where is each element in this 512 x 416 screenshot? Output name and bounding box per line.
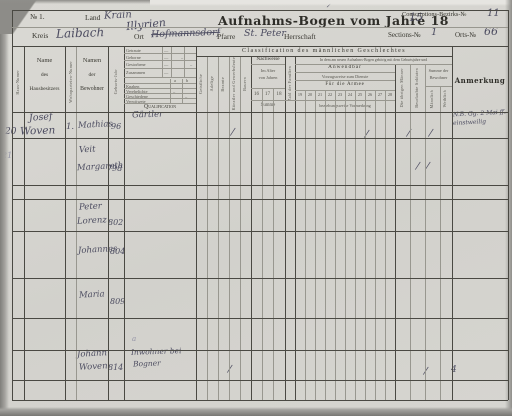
rotcol-familien: Zahl der Familien [286, 58, 295, 110]
rotcol-geistliche: Geistliche [197, 58, 206, 110]
quali-dash3: — [164, 62, 168, 67]
grid-line-vertical [12, 10, 13, 400]
scan-edge-bottom [0, 407, 512, 416]
rotcol-adelige-label: Adelige [210, 76, 215, 91]
hw-resident4-name: Peter [79, 202, 102, 212]
sections-label: Sections-№ [388, 32, 421, 39]
grid-line-horizontal [124, 60, 196, 61]
hw-resident7-year: 809 [110, 298, 125, 306]
grid-line-vertical [229, 56, 230, 400]
hw-party-number: 1. [66, 123, 74, 132]
grid-line-vertical [262, 88, 263, 400]
grid-line-horizontal [12, 350, 508, 351]
grid-line-vertical [196, 46, 197, 400]
hw-margin-house-no2: 21 [2, 152, 12, 160]
rotcol-maennlich: Männlich [426, 87, 439, 111]
armee-cell-25: 25 [355, 92, 365, 97]
grid-line-horizontal [124, 77, 196, 78]
hw-resident7-name: Maria [79, 290, 105, 300]
grid-line-vertical [162, 46, 163, 77]
quali-row4: Zusammen [126, 70, 145, 75]
grid-line-vertical [285, 56, 286, 400]
anmerkung-column-header: Anmerkung [452, 76, 508, 85]
grid-line-vertical [207, 56, 208, 400]
rotcol-beurlaubte-label: Beurlaubte Soldaten [415, 68, 420, 108]
grid-line-vertical [218, 56, 219, 400]
grid-line-horizontal [124, 98, 196, 99]
grid-line-horizontal [12, 10, 508, 11]
kreis-value-handwritten: Laibach [56, 26, 105, 40]
armee-cell-26: 26 [365, 92, 375, 97]
grid-line-horizontal [12, 46, 508, 47]
grid-line-vertical [24, 46, 25, 400]
grid-line-horizontal [425, 86, 452, 87]
hw-resident3-year: 798 [107, 165, 122, 173]
rotcol-familien-label: Zahl der Familien [288, 66, 293, 101]
grid-line-horizontal [12, 318, 508, 319]
grid-line-horizontal [124, 93, 196, 94]
grid-line-vertical [355, 90, 356, 400]
hw-resident1-year: 96 [111, 123, 121, 131]
grid-line-vertical [184, 46, 185, 77]
grid-line-horizontal [251, 100, 395, 101]
hw-remark-line2: einstweilig [453, 119, 486, 127]
nachweise-cell-18: 18 [273, 91, 285, 97]
armee-fuer-die-armee: Für die Armee [295, 82, 395, 87]
grid-line-horizontal [124, 68, 196, 69]
armee-cell-23: 23 [335, 92, 345, 97]
quali-mini-dash2: – [190, 62, 192, 67]
armee-cell-27: 27 [375, 92, 385, 97]
wohnparteien-column-header: Wohnparteien-Numer [66, 56, 76, 108]
rotcol-bauern-label: Bauern [243, 77, 248, 91]
owner-header-line1: Name [24, 58, 65, 65]
grid-line-horizontal [12, 400, 508, 401]
owner-header-line3: Hausbesitzers [24, 87, 65, 93]
armee-cell-24: 24 [345, 92, 355, 97]
grid-line-horizontal [12, 112, 508, 113]
bewohner-header-line2: der [76, 73, 108, 79]
grid-line-horizontal [295, 90, 395, 91]
hw-resident6-year: 804 [110, 248, 125, 256]
grid-line-vertical [171, 46, 172, 77]
armee-top-note: In dem am neuen Aufnahms-Bogen gehörig m… [296, 58, 451, 62]
hw-remark-line1: N.B. Gg. 2 Mai ff. [453, 110, 506, 119]
kreis-label: Kreis [32, 32, 48, 40]
owner-header-line2: des [24, 73, 65, 79]
grid-line-horizontal [12, 231, 508, 232]
scan-edge-left [0, 0, 9, 416]
grid-line-vertical [385, 90, 386, 400]
rotcol-adelige: Adelige [208, 58, 217, 110]
nachweise-label: Nachweise [251, 57, 285, 63]
ort-label: Ort [134, 33, 144, 41]
quali-row3: Gestorbene [126, 62, 146, 67]
grid-line-vertical [251, 56, 252, 400]
hw-owner2-class1: Inwohner bei [131, 347, 182, 356]
nachweise-cell-16: 16 [251, 91, 262, 97]
hw-small-mark: a [132, 336, 136, 343]
grid-line-vertical [76, 46, 77, 400]
armee-cell-28: 28 [385, 92, 395, 97]
sections-value-handwritten: 1 [431, 28, 437, 38]
rotcol-geistliche-label: Geistliche [199, 74, 204, 94]
grid-line-horizontal [251, 64, 285, 65]
scan-edge-top [0, 0, 180, 4]
quali-dash4: — [164, 70, 168, 75]
geburtsjahr-column-header: Geburts-Jahr [109, 56, 123, 108]
hw-resident2-name: Veit [79, 146, 96, 155]
scanned-census-form: № 1. Land Krain Illyrien Aufnahms-Bogen … [0, 0, 512, 416]
rotcol-uebrige-maenner: Die übrigen Männer [396, 66, 409, 110]
grid-line-horizontal [12, 380, 508, 381]
armee-cell-22: 22 [325, 92, 335, 97]
grid-line-vertical [240, 56, 241, 400]
grid-line-vertical [335, 90, 336, 400]
grid-line-horizontal [295, 80, 395, 81]
rotcol-weiblich-label: Weiblich [443, 90, 448, 107]
grid-line-vertical [508, 10, 509, 400]
bewohner-header-line3: Bewohner [76, 86, 108, 92]
hw-owner2-class2: Bogner [133, 360, 161, 368]
summe-bewohner-head2: Bewohner [425, 75, 452, 80]
grid-line-horizontal [124, 103, 196, 104]
rotcol-uebrige-maenner-label: Die übrigen Männer [400, 68, 405, 107]
grid-line-vertical [365, 90, 366, 400]
grid-line-vertical [315, 90, 316, 400]
grid-line-horizontal [12, 138, 508, 139]
grid-line-horizontal [295, 72, 395, 73]
armee-cell-20: 20 [305, 92, 315, 97]
armee-anwendbar: Anwendbar [295, 65, 395, 71]
hw-owner1-last: Woven [20, 125, 56, 137]
rotcol-beamte: Beamte [219, 58, 228, 110]
ort-value-struck: Hofmannsdorf [151, 28, 220, 40]
conscription-district-label: Conscriptions-Bezirks-№ [402, 12, 466, 19]
armee-cell-19: 19 [295, 92, 305, 97]
grid-line-horizontal [124, 53, 196, 54]
summe-bewohner-head1: Summe der [425, 68, 452, 73]
rotcol-kuenstler-label: Künstler und Gewerbsleute [232, 57, 237, 110]
grid-line-horizontal [295, 64, 452, 65]
grid-line-vertical [295, 56, 296, 400]
grid-line-vertical [108, 46, 109, 400]
bewohner-header-line1: Namen [76, 58, 108, 65]
armee-cell-21: 21 [315, 92, 325, 97]
sheet-number: № 1. [30, 13, 45, 21]
grid-line-vertical [65, 46, 66, 400]
grid-line-vertical [325, 90, 326, 400]
grid-line-vertical [345, 90, 346, 400]
owner-column-header: Name des Hausbesitzers [24, 58, 65, 92]
rotcol-kuenstler: Künstler und Gewerbsleute [230, 57, 239, 111]
grid-line-horizontal [196, 56, 452, 57]
grid-line-vertical [273, 88, 274, 400]
herrschaft-label: Herrschaft [284, 33, 316, 41]
hw-resident5-name: Lorenz [77, 216, 107, 226]
nachweise-footer: Summe [251, 103, 285, 108]
rotcol-weiblich: Weiblich [440, 87, 451, 111]
hw-owner2-year: 814 [108, 364, 123, 372]
haus-numer-label: Haus-Numer [16, 70, 21, 95]
haus-numer-column-header: Haus-Numer [13, 56, 24, 108]
grid-line-horizontal [12, 199, 508, 200]
rotcol-beamte-label: Beamte [221, 77, 226, 92]
grid-line-vertical [375, 90, 376, 400]
hw-resident5-year: 802 [108, 219, 123, 227]
geburtsjahr-label: Geburts-Jahr [114, 69, 119, 94]
grid-line-horizontal [12, 185, 508, 186]
classification-title: Classification des männlichen Geschlecht… [196, 48, 452, 54]
pfarre-label: Pfarre [217, 33, 235, 41]
armee-vorzugsweise: Vorzugsweise zum Dienste [295, 74, 395, 79]
rotcol-beurlaubte: Beurlaubte Soldaten [411, 66, 424, 110]
hw-owner1-first: Josef [29, 112, 53, 123]
hw-owner2-last: Woven [79, 362, 108, 372]
tick-row1-col1: / [230, 127, 235, 138]
grid-line-vertical [305, 90, 306, 400]
wohnparteien-label: Wohnparteien-Numer [69, 61, 74, 103]
grid-line-vertical [440, 86, 441, 400]
stray-pen-mark: / [327, 1, 333, 11]
pfarre-value-handwritten: St. Peter [244, 29, 286, 39]
hw-margin-house-no: 20 [5, 128, 16, 137]
rotcol-maennlich-label: Männlich [430, 90, 435, 108]
rotcol-bauern: Bauern [241, 58, 250, 110]
grid-line-horizontal [12, 278, 508, 279]
grid-line-horizontal [124, 88, 196, 89]
bewohner-column-header: Namen der Bewohner [76, 58, 108, 92]
grid-line-horizontal [124, 83, 196, 84]
nachweise-sub2: von Jahren [251, 75, 285, 80]
nachweise-cell-17: 17 [262, 91, 273, 97]
grid-line-vertical [452, 46, 453, 400]
grid-line-horizontal [12, 27, 508, 28]
grid-line-vertical [124, 46, 125, 400]
land-label: Land [85, 14, 100, 22]
tick-row3-col2: / [425, 161, 430, 172]
tick-row3-col1: / [415, 161, 420, 172]
orts-label: Orts-№ [455, 32, 476, 39]
nachweise-sub1: Im Alter [251, 68, 285, 73]
grid-line-horizontal [251, 88, 285, 89]
